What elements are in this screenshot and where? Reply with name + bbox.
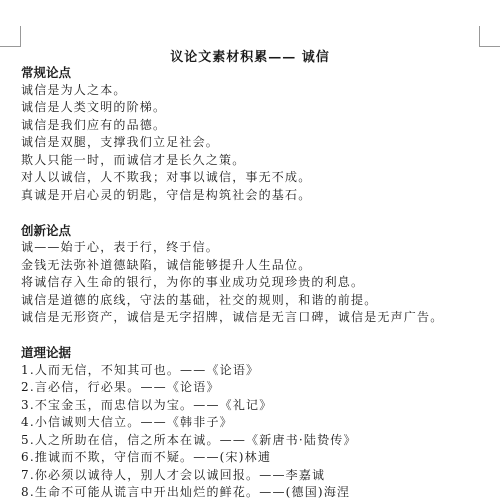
section-reasoning-evidence: 道理论据 1.人而无信，不知其可也。——《论语》 2.言必信，行必果。——《论语… [21, 344, 491, 500]
text-line: 诚信是道德的底线，守法的基础，社交的规则，和谐的前提。 [21, 292, 491, 310]
quote-line: 2.言必信，行必果。——《论语》 [21, 379, 491, 397]
spacer [21, 327, 491, 345]
text-line: 诚信是双腿，支撑我们立足社会。 [21, 134, 491, 152]
quote-line: 7.你必须以诚待人，别人才会以诚回报。——李嘉诚 [21, 467, 491, 485]
text-line: 诚信是为人之本。 [21, 82, 491, 100]
text-line: 对人以诚信，人不欺我；对事以诚信，事无不成。 [21, 169, 491, 187]
quote-line: 5.人之所助在信，信之所本在诚。——《新唐书·陆贽传》 [21, 432, 491, 450]
spacer [21, 204, 491, 222]
page-corner-mark-left [0, 26, 21, 47]
text-line: 诚信是我们应有的品德。 [21, 117, 491, 135]
quote-line: 6.推诚而不欺，守信而不疑。——(宋)林逋 [21, 449, 491, 467]
text-line: 诚信是人类文明的阶梯。 [21, 99, 491, 117]
section-heading: 常规论点 [21, 64, 491, 82]
quote-line: 1.人而无信，不知其可也。——《论语》 [21, 362, 491, 380]
text-line: 诚信是无形资产，诚信是无字招牌，诚信是无言口碑，诚信是无声广告。 [21, 309, 491, 327]
section-heading: 创新论点 [21, 222, 491, 240]
document-title: 议论文素材积累—— 诚信 [0, 46, 500, 65]
section-innovative-arguments: 创新论点 诚——始于心，表于行，终于信。 金钱无法弥补道德缺陷，诚信能够提升人生… [21, 222, 491, 327]
quote-line: 8.生命不可能从谎言中开出灿烂的鲜花。——(德国)海涅 [21, 484, 491, 500]
section-heading: 道理论据 [21, 344, 491, 362]
text-line: 真诚是开启心灵的钥匙，守信是构筑社会的基石。 [21, 187, 491, 205]
text-line: 金钱无法弥补道德缺陷，诚信能够提升人生品位。 [21, 257, 491, 275]
quote-line: 4.小信诚则大信立。——《韩非子》 [21, 414, 491, 432]
section-conventional-arguments: 常规论点 诚信是为人之本。 诚信是人类文明的阶梯。 诚信是我们应有的品德。 诚信… [21, 64, 491, 204]
text-line: 将诚信存入生命的银行，为你的事业成功兑现珍贵的利息。 [21, 274, 491, 292]
page-corner-mark-right [479, 26, 500, 47]
text-line: 诚——始于心，表于行，终于信。 [21, 239, 491, 257]
quote-line: 3.不宝金玉，而忠信以为宝。——《礼记》 [21, 397, 491, 415]
text-line: 欺人只能一时，而诚信才是长久之策。 [21, 152, 491, 170]
document-body: 常规论点 诚信是为人之本。 诚信是人类文明的阶梯。 诚信是我们应有的品德。 诚信… [21, 64, 491, 500]
